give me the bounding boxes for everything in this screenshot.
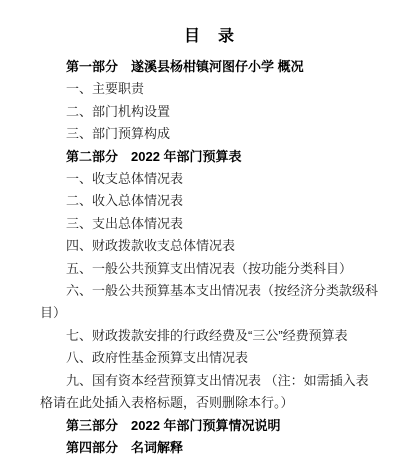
toc-entry: 二、部门机构设置 bbox=[40, 101, 379, 123]
toc-part-heading: 第四部分 名词解释 bbox=[40, 437, 379, 459]
toc-entry: 七、财政拨款安排的行政经费及“三公”经费预算表 bbox=[40, 325, 379, 347]
toc-part-heading: 第三部分 2022 年部门预算情况说明 bbox=[40, 415, 379, 437]
toc-entry: 四、财政拨款收支总体情况表 bbox=[40, 235, 379, 257]
toc-list: 第一部分 遂溪县杨柑镇河图仔小学 概况 一、主要职责 二、部门机构设置 三、部门… bbox=[40, 56, 379, 459]
toc-part-heading: 第二部分 2022 年部门预算表 bbox=[40, 146, 379, 168]
toc-entry: 五、一般公共预算支出情况表（按功能分类科目） bbox=[40, 258, 379, 280]
document-page: 目 录 第一部分 遂溪县杨柑镇河图仔小学 概况 一、主要职责 二、部门机构设置 … bbox=[0, 0, 411, 464]
toc-entry: 三、部门预算构成 bbox=[40, 123, 379, 145]
toc-entry: 九、国有资本经营预算支出情况表 （注：如需插入表格请在此处插入表格标题，否则删除… bbox=[40, 370, 379, 415]
toc-entry: 六、一般公共预算基本支出情况表（按经济分类款级科目） bbox=[40, 280, 379, 325]
toc-entry: 二、收入总体情况表 bbox=[40, 190, 379, 212]
toc-title: 目 录 bbox=[40, 26, 379, 48]
toc-entry: 三、支出总体情况表 bbox=[40, 213, 379, 235]
toc-entry: 一、主要职责 bbox=[40, 78, 379, 100]
toc-entry: 八、政府性基金预算支出情况表 bbox=[40, 347, 379, 369]
toc-part-heading: 第一部分 遂溪县杨柑镇河图仔小学 概况 bbox=[40, 56, 379, 78]
toc-entry: 一、收支总体情况表 bbox=[40, 168, 379, 190]
